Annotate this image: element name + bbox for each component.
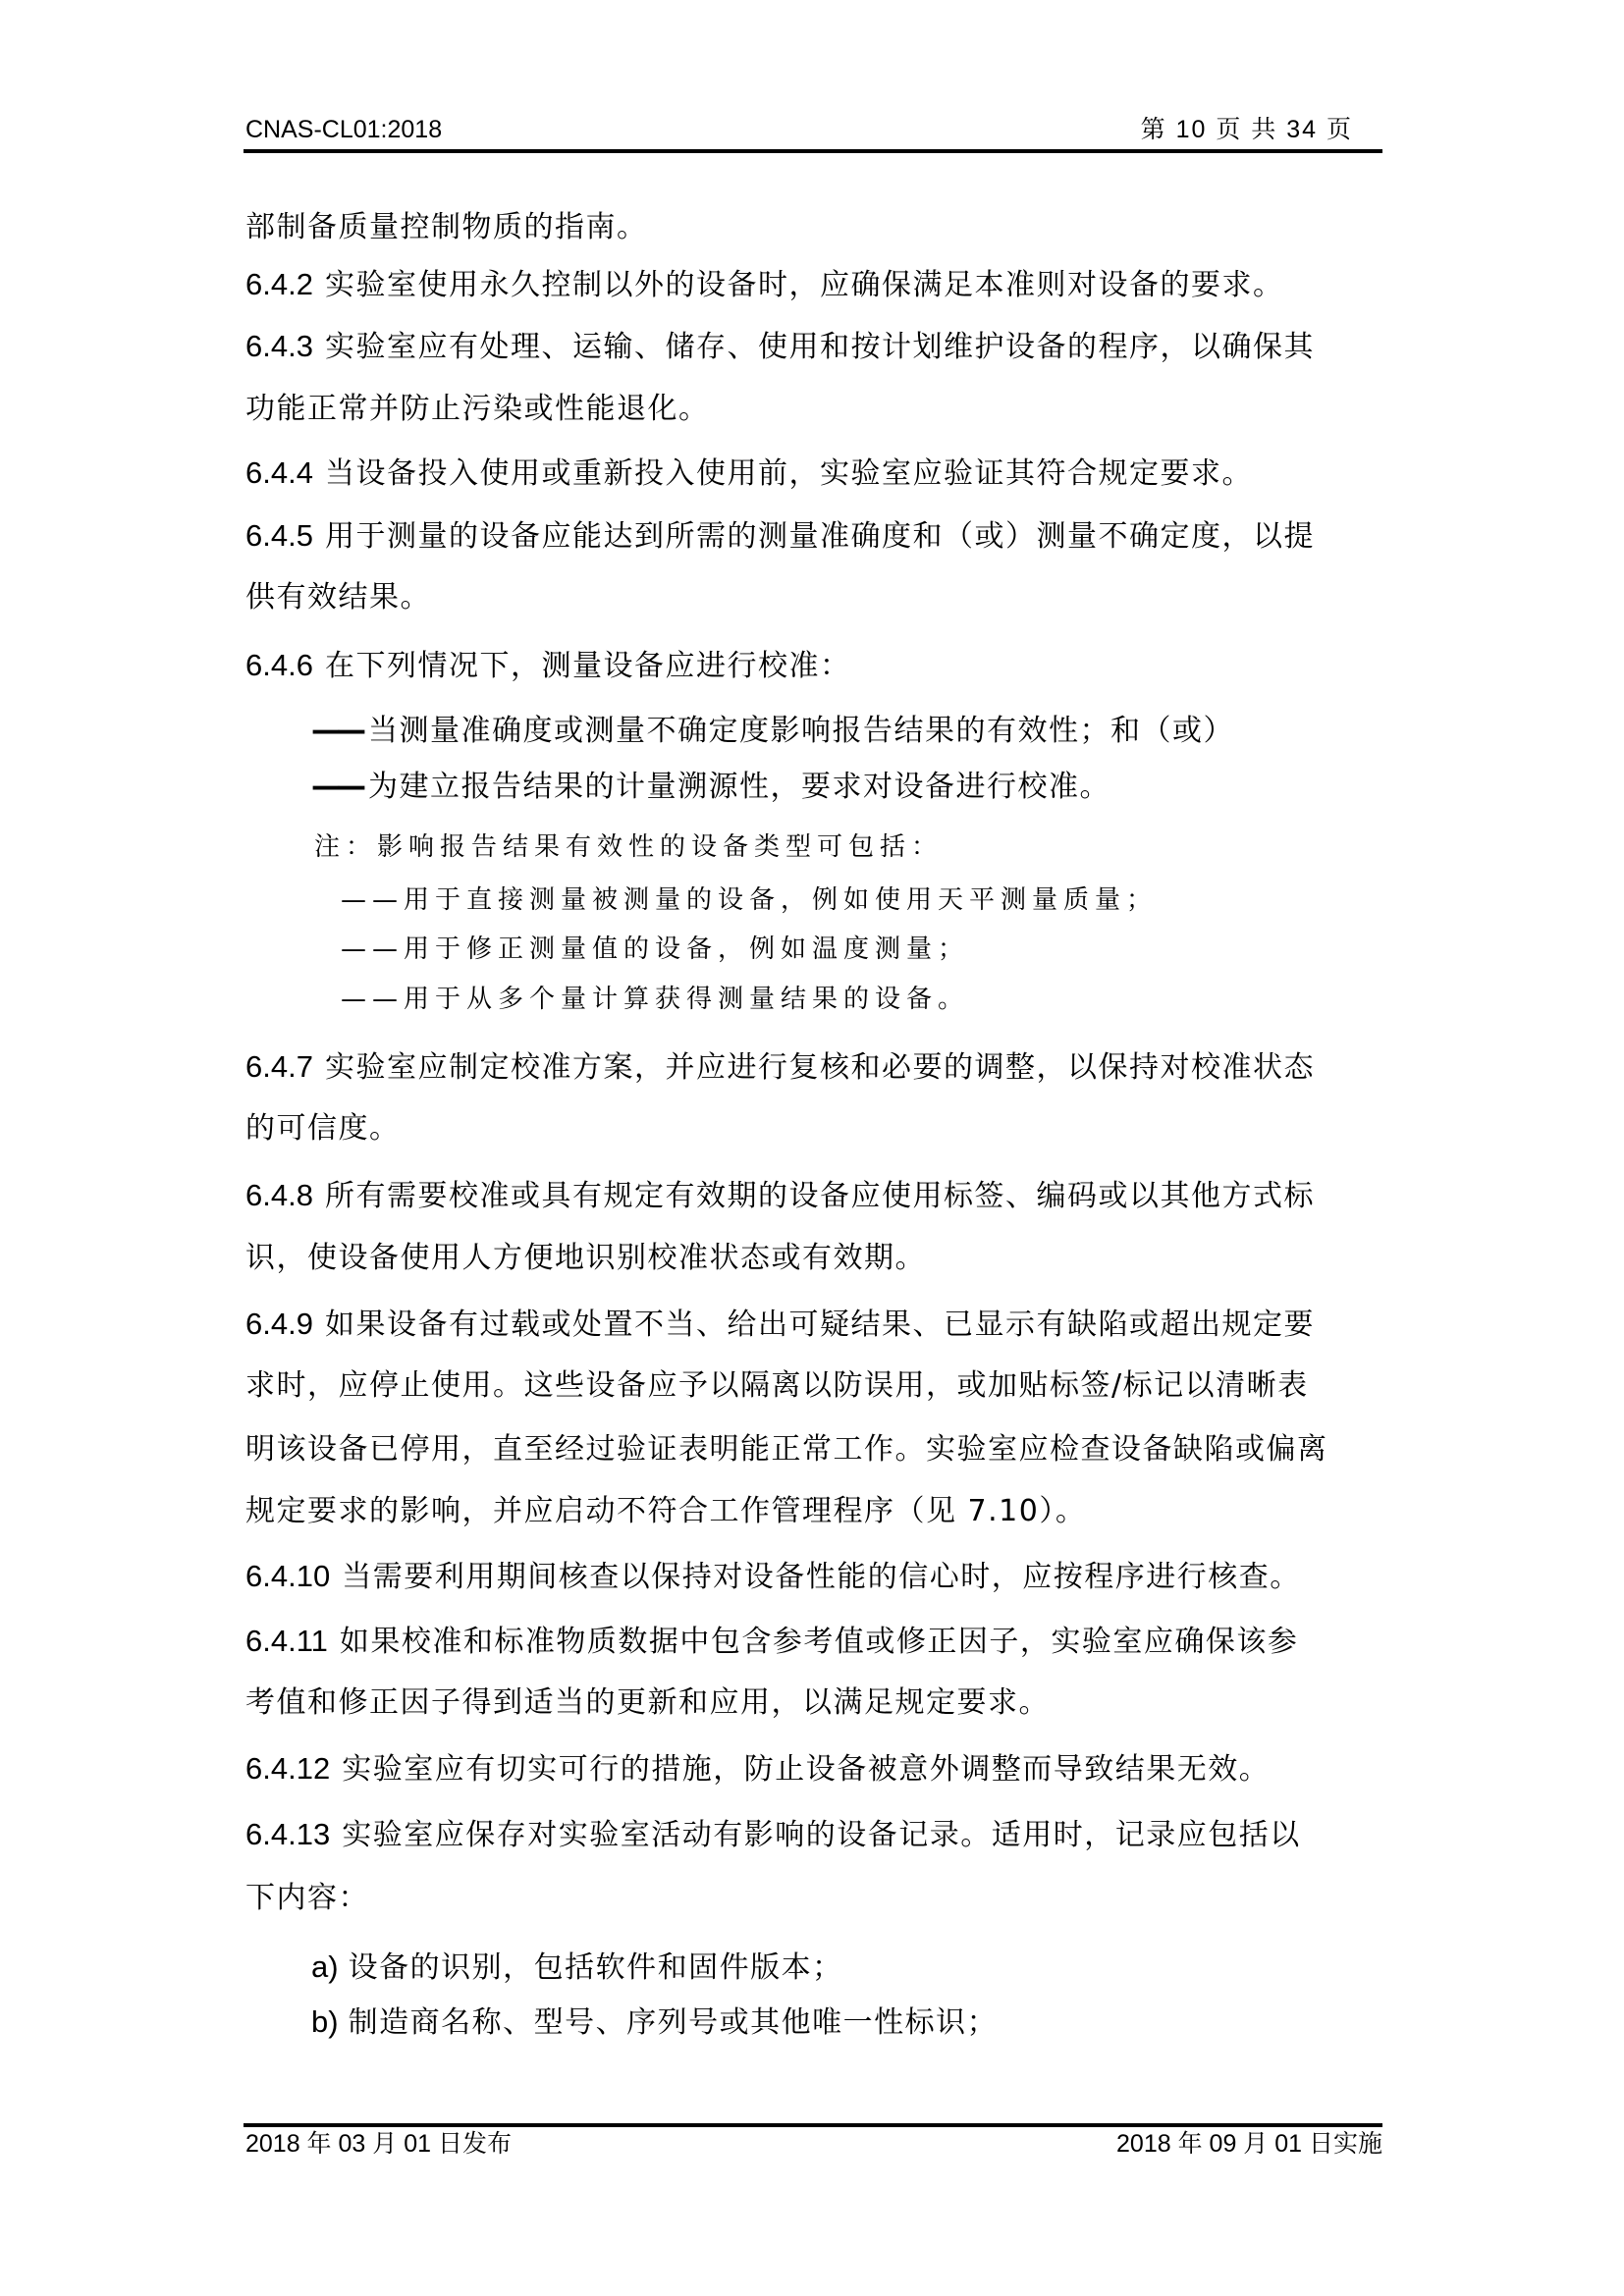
- em-dash-icon: ——: [311, 770, 362, 804]
- clause-6-4-13: 6.4.13实验室应保存对实验室活动有影响的设备记录。适用时，记录应包括以: [245, 1815, 1301, 1855]
- clause-text: 实验室应保存对实验室活动有影响的设备记录。适用时，记录应包括以: [342, 1818, 1301, 1852]
- clause-6-4-11: 6.4.11如果校准和标准物质数据中包含参考值或修正因子，实验室应确保该参: [245, 1622, 1298, 1662]
- clause-text: 如果设备有过载或处置不当、给出可疑结果、已显示有缺陷或超出规定要: [325, 1308, 1315, 1342]
- clause-text: 在下列情况下，测量设备应进行校准：: [325, 649, 851, 683]
- list-label: b): [311, 2004, 339, 2039]
- clause-6-4-9-cont: 规定要求的影响，并应启动不符合工作管理程序（见 7.10）。: [245, 1492, 1086, 1531]
- dash-item-text: 为建立报告结果的计量溯源性，要求对设备进行校准。: [368, 770, 1110, 804]
- clause-number: 6.4.7: [245, 1049, 313, 1084]
- em-dash-icon: ——: [311, 714, 362, 748]
- dash-item-text: 当测量准确度或测量不确定度影响报告结果的有效性；和（或）: [368, 714, 1234, 748]
- clause-number: 6.4.10: [245, 1559, 330, 1593]
- doc-code: CNAS-CL01:2018: [245, 115, 442, 144]
- list-label: a): [311, 1949, 339, 1984]
- clause-text: 实验室应制定校准方案，并应进行复核和必要的调整，以保持对校准状态: [325, 1050, 1315, 1085]
- clause-6-4-11-cont: 考值和修正因子得到适当的更新和应用，以满足规定要求。: [245, 1683, 1050, 1723]
- clause-6-4-9-cont: 明该设备已停用，直至经过验证表明能正常工作。实验室应检查设备缺陷或偏离: [245, 1430, 1328, 1469]
- clause-6-4-8: 6.4.8所有需要校准或具有规定有效期的设备应使用标签、编码或以其他方式标: [245, 1176, 1315, 1216]
- clause-6-4-5: 6.4.5用于测量的设备应能达到所需的测量准确度和（或）测量不确定度，以提: [245, 516, 1315, 557]
- clause-6-4-12: 6.4.12实验室应有切实可行的措施，防止设备被意外调整而导致结果无效。: [245, 1749, 1270, 1789]
- issue-date: 2018 年 03 月 01 日发布: [245, 2129, 512, 2159]
- list-text: 制造商名称、型号、序列号或其他唯一性标识；: [349, 2005, 999, 2040]
- clause-text: 当需要利用期间核查以保持对设备性能的信心时，应按程序进行核查。: [342, 1560, 1301, 1594]
- clause-number: 6.4.4: [245, 455, 313, 490]
- clause-text: 实验室应有切实可行的措施，防止设备被意外调整而导致结果无效。: [342, 1752, 1270, 1787]
- clause-number: 6.4.9: [245, 1307, 313, 1341]
- header-rule: [244, 149, 1382, 153]
- clause-6-4-9: 6.4.9如果设备有过载或处置不当、给出可疑结果、已显示有缺陷或超出规定要: [245, 1305, 1315, 1345]
- clause-text: 实验室使用永久控制以外的设备时，应确保满足本准则对设备的要求。: [325, 268, 1284, 302]
- clause-text: 所有需要校准或具有规定有效期的设备应使用标签、编码或以其他方式标: [325, 1179, 1315, 1213]
- list-text: 设备的识别，包括软件和固件版本；: [349, 1950, 843, 1985]
- clause-number: 6.4.12: [245, 1751, 330, 1786]
- clause-number: 6.4.5: [245, 518, 313, 553]
- clause-text: 用于测量的设备应能达到所需的测量准确度和（或）测量不确定度，以提: [325, 519, 1315, 554]
- clause-text: 当设备投入使用或重新投入使用前，实验室应验证其符合规定要求。: [325, 456, 1253, 491]
- list-item-b: b)制造商名称、型号、序列号或其他唯一性标识；: [311, 2002, 998, 2043]
- page-info: 第 10 页 共 34 页: [1141, 115, 1353, 144]
- clause-6-4-3: 6.4.3实验室应有处理、运输、储存、使用和按计划维护设备的程序，以确保其: [245, 327, 1315, 367]
- clause-6-4-7-cont: 的可信度。: [245, 1109, 401, 1148]
- clause-number: 6.4.2: [245, 267, 313, 301]
- effective-date: 2018 年 09 月 01 日实施: [1116, 2129, 1382, 2159]
- clause-6-4-4: 6.4.4当设备投入使用或重新投入使用前，实验室应验证其符合规定要求。: [245, 454, 1253, 494]
- footer-rule: [244, 2123, 1382, 2127]
- note: 注：影响报告结果有效性的设备类型可包括：: [314, 830, 943, 864]
- note-item: ——用于从多个量计算获得测量结果的设备。: [341, 983, 969, 1016]
- clause-6-4-6: 6.4.6在下列情况下，测量设备应进行校准：: [245, 646, 850, 686]
- clause-number: 6.4.13: [245, 1817, 330, 1851]
- clause-text: 如果校准和标准物质数据中包含参考值或修正因子，实验室应确保该参: [340, 1625, 1299, 1659]
- dash-item: ——当测量准确度或测量不确定度影响报告结果的有效性；和（或）: [311, 712, 1234, 751]
- clause-6-4-9-cont: 求时，应停止使用。这些设备应予以隔离以防误用，或加贴标签/标记以清晰表: [245, 1366, 1309, 1406]
- note-item: ——用于修正测量值的设备，例如温度测量；: [341, 933, 969, 966]
- note-text: 影响报告结果有效性的设备类型可包括：: [377, 832, 943, 862]
- clause-text: 实验室应有处理、运输、储存、使用和按计划维护设备的程序，以确保其: [325, 330, 1315, 364]
- clause-6-4-10: 6.4.10当需要利用期间核查以保持对设备性能的信心时，应按程序进行核查。: [245, 1557, 1301, 1597]
- list-item-a: a)设备的识别，包括软件和固件版本；: [311, 1948, 843, 1988]
- clause-6-4-8-cont: 识，使设备使用人方便地识别校准状态或有效期。: [245, 1239, 926, 1278]
- clause-number: 6.4.3: [245, 329, 313, 363]
- clause-number: 6.4.8: [245, 1178, 313, 1212]
- clause-6-4-2: 6.4.2实验室使用永久控制以外的设备时，应确保满足本准则对设备的要求。: [245, 265, 1283, 305]
- clause-6-4-5-cont: 供有效结果。: [245, 578, 431, 617]
- clause-6-4-7: 6.4.7实验室应制定校准方案，并应进行复核和必要的调整，以保持对校准状态: [245, 1047, 1315, 1088]
- clause-number: 6.4.11: [245, 1624, 328, 1658]
- continuation-line: 部制备质量控制物质的指南。: [245, 208, 648, 247]
- dash-item: ——为建立报告结果的计量溯源性，要求对设备进行校准。: [311, 768, 1110, 807]
- clause-6-4-13-cont: 下内容：: [245, 1879, 369, 1918]
- note-item: ——用于直接测量被测量的设备，例如使用天平测量质量；: [341, 883, 1158, 917]
- clause-6-4-3-cont: 功能正常并防止污染或性能退化。: [245, 390, 710, 429]
- clause-number: 6.4.6: [245, 648, 313, 682]
- note-label: 注：: [314, 832, 377, 862]
